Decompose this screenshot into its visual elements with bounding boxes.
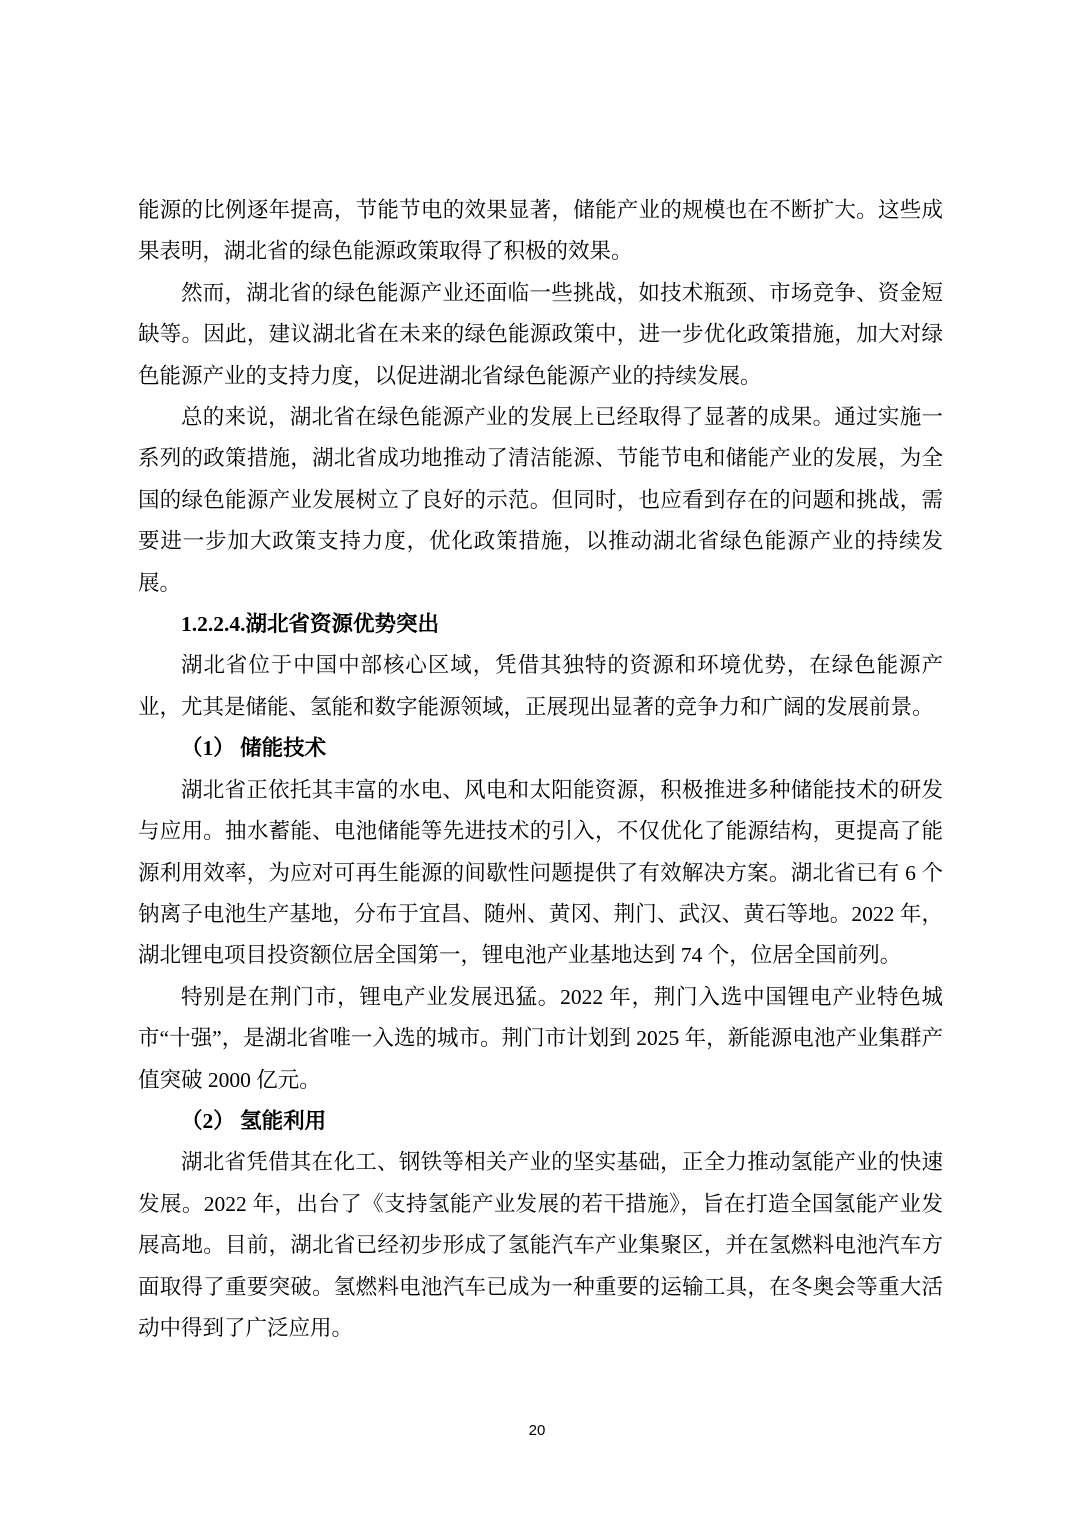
section-heading-resource-advantages: 1.2.2.4.湖北省资源优势突出 <box>138 604 943 645</box>
paragraph-hubei-advantages: 湖北省位于中国中部核心区域，凭借其独特的资源和环境优势，在绿色能源产业，尤其是储… <box>138 645 943 728</box>
paragraph-challenges: 然而，湖北省的绿色能源产业还面临一些挑战，如技术瓶颈、市场竞争、资金短缺等。因此… <box>138 273 943 397</box>
document-body: 能源的比例逐年提高，节能节电的效果显著，储能产业的规模也在不断扩大。这些成果表明… <box>138 190 943 1349</box>
document-page: 能源的比例逐年提高，节能节电的效果显著，储能产业的规模也在不断扩大。这些成果表明… <box>0 0 1074 1520</box>
paragraph-summary: 总的来说，湖北省在绿色能源产业的发展上已经取得了显著的成果。通过实施一系列的政策… <box>138 397 943 604</box>
paragraph-energy-storage: 湖北省正依托其丰富的水电、风电和太阳能资源，积极推进多种储能技术的研发与应用。抽… <box>138 770 943 977</box>
subheading-hydrogen: （2） 氢能利用 <box>138 1101 943 1142</box>
page-number: 20 <box>0 1421 1074 1441</box>
paragraph-energy-results: 能源的比例逐年提高，节能节电的效果显著，储能产业的规模也在不断扩大。这些成果表明… <box>138 190 943 273</box>
paragraph-hydrogen: 湖北省凭借其在化工、钢铁等相关产业的坚实基础，正全力推动氢能产业的快速发展。20… <box>138 1142 943 1349</box>
subheading-energy-storage: （1） 储能技术 <box>138 728 943 769</box>
paragraph-jingmen-lithium: 特别是在荆门市，锂电产业发展迅猛。2022 年，荆门入选中国锂电产业特色城市“十… <box>138 977 943 1101</box>
